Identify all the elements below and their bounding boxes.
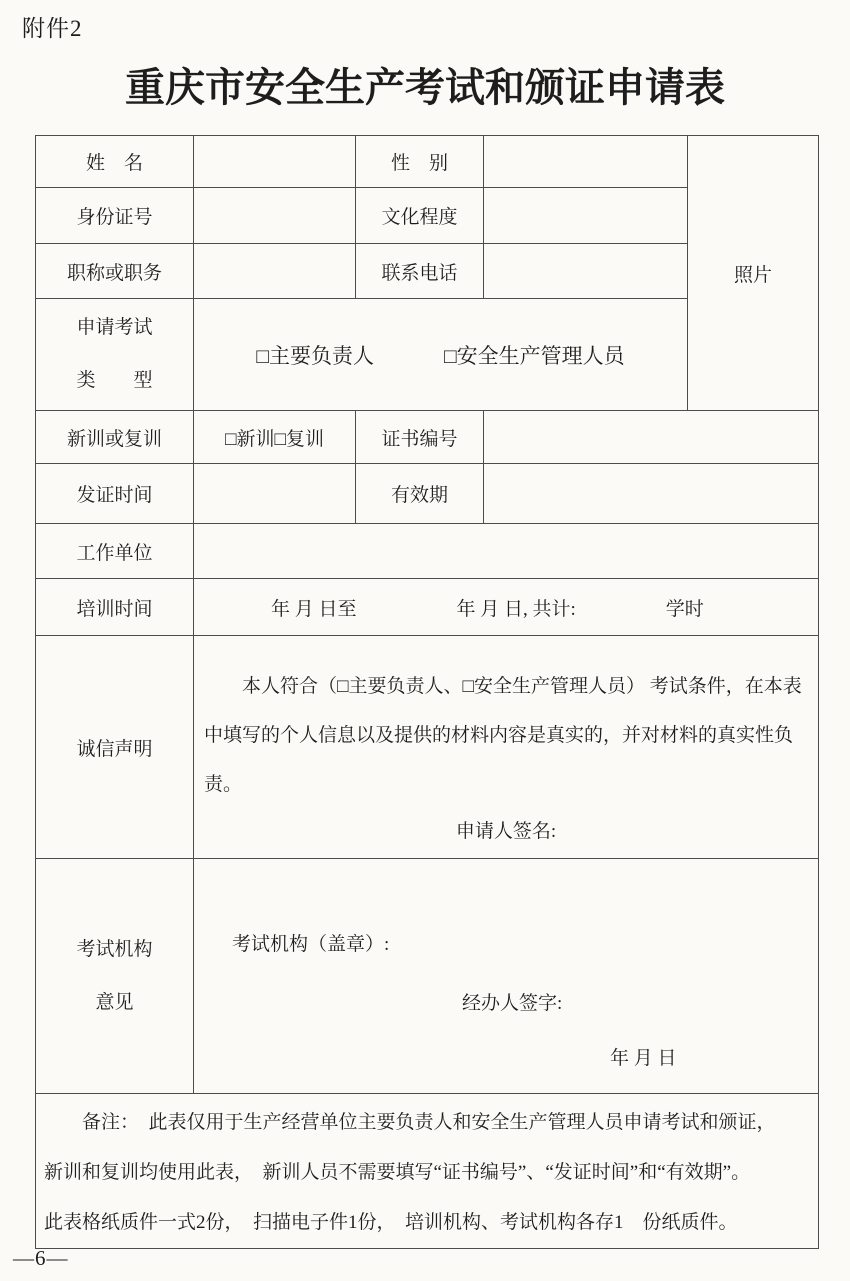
photo-box: 照片	[688, 136, 819, 411]
phone-label: 联系电话	[356, 244, 484, 299]
gender-label: 性 别	[356, 136, 484, 188]
phone-value	[484, 244, 688, 299]
attachment-label: 附件2	[22, 10, 83, 43]
page-title: 重庆市安全生产考试和颁证申请表	[0, 56, 850, 113]
training-time-start: 年 月 日至	[271, 594, 357, 621]
training-time-cell: 年 月 日至 年 月 日, 共计: 学时	[194, 579, 819, 636]
handler-signature-label: 经办人签字:	[462, 990, 818, 1018]
row-integrity: 诚信声明 本人符合（□主要负责人、□安全生产管理人员） 考试条件，在本表中填写的…	[36, 636, 819, 859]
org-seal-label: 考试机构（盖章）:	[232, 931, 818, 959]
training-type-checkboxes: □新训□复训	[194, 411, 356, 464]
issue-date-label: 发证时间	[36, 464, 194, 524]
id-number-label: 身份证号	[36, 188, 194, 244]
applicant-signature-label: 申请人签名:	[194, 817, 818, 847]
exam-type-label-line2: 类 型	[76, 368, 152, 394]
scanned-form-page: 附件2 重庆市安全生产考试和颁证申请表 姓 名 性 别 照片 身份证号 文化程度…	[0, 0, 850, 1281]
work-unit-value	[194, 524, 819, 579]
row-name-gender: 姓 名 性 别 照片	[36, 136, 819, 188]
org-date-label: 年 月 日	[610, 1045, 818, 1073]
remarks-cell: 备注： 此表仅用于生产经营单位主要负责人和安全生产管理人员申请考试和颁证， 新训…	[36, 1094, 819, 1249]
gender-value	[484, 136, 688, 188]
integrity-statement: 本人符合（□主要负责人、□安全生产管理人员） 考试条件，在本表中填写的个人信息以…	[194, 648, 818, 809]
training-time-label: 培训时间	[36, 579, 194, 636]
cert-no-value	[484, 411, 819, 464]
remarks-line1: 备注： 此表仅用于生产经营单位主要负责人和安全生产管理人员申请考试和颁证，	[44, 1098, 810, 1148]
training-time-line: 年 月 日至 年 月 日, 共计: 学时	[194, 594, 818, 621]
row-remarks: 备注： 此表仅用于生产经营单位主要负责人和安全生产管理人员申请考试和颁证， 新训…	[36, 1094, 819, 1249]
page-number: —6—	[13, 1246, 69, 1271]
checkbox-option-principal: □主要负责人	[256, 340, 374, 370]
exam-type-label: 申请考试 类 型	[36, 299, 194, 411]
exam-org-label-line1: 考试机构	[76, 937, 152, 963]
validity-label: 有效期	[356, 464, 484, 524]
job-title-value	[194, 244, 356, 299]
job-title-label: 职称或职务	[36, 244, 194, 299]
row-training-type: 新训或复训 □新训□复训 证书编号	[36, 411, 819, 464]
exam-org-label-stack: 考试机构 意见	[36, 937, 193, 1016]
training-time-end: 年 月 日, 共计:	[457, 594, 576, 621]
education-label: 文化程度	[356, 188, 484, 244]
id-number-value	[194, 188, 356, 244]
training-type-label: 新训或复训	[36, 411, 194, 464]
cert-no-label: 证书编号	[356, 411, 484, 464]
exam-org-label: 考试机构 意见	[36, 859, 194, 1094]
training-time-hours: 学时	[666, 594, 704, 621]
application-form-table: 姓 名 性 别 照片 身份证号 文化程度 职称或职务 联系电话 申请考试 类 型	[35, 135, 819, 1249]
exam-type-options: □主要负责人 □安全生产管理人员	[194, 340, 687, 370]
row-work-unit: 工作单位	[36, 524, 819, 579]
row-training-time: 培训时间 年 月 日至 年 月 日, 共计: 学时	[36, 579, 819, 636]
education-value	[484, 188, 688, 244]
name-label: 姓 名	[36, 136, 194, 188]
exam-type-options-cell: □主要负责人 □安全生产管理人员	[194, 299, 688, 411]
integrity-label: 诚信声明	[36, 636, 194, 859]
exam-type-label-line1: 申请考试	[76, 315, 152, 341]
exam-org-label-line2: 意见	[95, 990, 133, 1016]
remarks-line2: 新训和复训均使用此表， 新训人员不需要填写“证书编号”、“发证时间”和“有效期”…	[44, 1148, 810, 1198]
exam-type-label-stack: 申请考试 类 型	[36, 315, 193, 394]
exam-org-cell: 考试机构（盖章）: 经办人签字: 年 月 日	[194, 859, 819, 1094]
work-unit-label: 工作单位	[36, 524, 194, 579]
remarks-line3: 此表格纸质件一式2份， 扫描电子件1份， 培训机构、考试机构各存1 份纸质件。	[44, 1198, 810, 1248]
integrity-cell: 本人符合（□主要负责人、□安全生产管理人员） 考试条件，在本表中填写的个人信息以…	[194, 636, 819, 859]
issue-date-value	[194, 464, 356, 524]
checkbox-option-safety-manager: □安全生产管理人员	[444, 340, 625, 370]
name-value	[194, 136, 356, 188]
row-exam-org-opinion: 考试机构 意见 考试机构（盖章）: 经办人签字: 年 月 日	[36, 859, 819, 1094]
row-issue-validity: 发证时间 有效期	[36, 464, 819, 524]
remarks-text: 备注： 此表仅用于生产经营单位主要负责人和安全生产管理人员申请考试和颁证， 新训…	[36, 1094, 818, 1248]
validity-value	[484, 464, 819, 524]
